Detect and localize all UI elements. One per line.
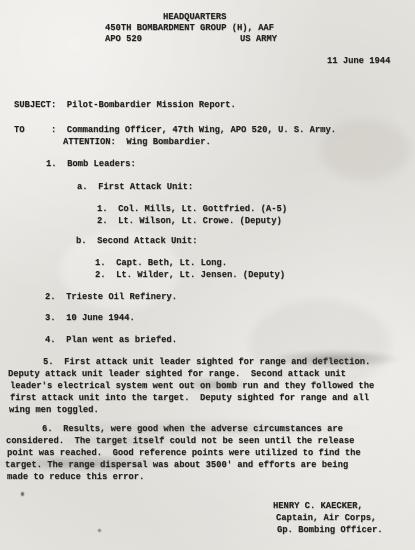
para-4-line: 4. Plan went as briefed. xyxy=(45,335,177,345)
para-6-line-3: point was reached. Good reference points… xyxy=(7,448,361,458)
para-2-line: 2. Trieste Oil Refinery. xyxy=(45,292,177,302)
paper-speck xyxy=(98,529,101,532)
para-1b-heading: b. Second Attack Unit: xyxy=(76,236,197,246)
header-headquarters-line: HEADQUARTERS xyxy=(163,12,226,22)
para-6-line-1: 6. Results, were good when the adverse c… xyxy=(42,424,343,434)
para-5-line-2: Deputy attack unit leader sighted for ra… xyxy=(8,369,346,379)
para-1a-item-1: 1. Col. Mills, Lt. Gottfried. (A-5) xyxy=(97,204,287,214)
para-5-line-4: first attack unit into the target. Deput… xyxy=(10,393,369,403)
header-us-army: US ARMY xyxy=(240,34,277,44)
para-5-line-5: wing men toggled. xyxy=(9,405,99,415)
para-1-heading: 1. Bomb Leaders: xyxy=(46,159,136,169)
para-5-line-3: leader's electrical system went out on b… xyxy=(10,381,374,391)
para-5-line-1: 5. First attack unit leader sighted for … xyxy=(43,357,370,367)
para-6-line-5: made to reduce this error. xyxy=(7,472,144,482)
subject-line: SUBJECT: Pilot-Bombardier Mission Report… xyxy=(14,100,236,110)
to-line: TO : Commanding Officer, 47th Wing, APO … xyxy=(14,125,336,135)
para-1a-heading: a. First Attack Unit: xyxy=(77,182,193,192)
signature-title: Gp. Bombing Officer. xyxy=(277,525,383,535)
signature-rank: Captain, Air Corps, xyxy=(276,513,376,523)
signature-name: HENRY C. KAECKER, xyxy=(273,501,363,511)
para-6-line-4: target. The range dispersal was about 35… xyxy=(5,460,348,470)
paper-speck xyxy=(21,492,24,496)
scanned-document: HEADQUARTERS 450TH BOMBARDMENT GROUP (H)… xyxy=(0,0,415,550)
para-6-line-2: considered. The target itself could not … xyxy=(6,436,354,446)
header-date: 11 June 1944 xyxy=(327,56,390,66)
para-1a-item-2: 2. Lt. Wilson, Lt. Crowe. (Deputy) xyxy=(97,216,282,226)
header-group-line: 450TH BOMBARDMENT GROUP (H), AAF xyxy=(105,23,274,33)
para-1b-item-1: 1. Capt. Beth, Lt. Long. xyxy=(95,258,227,268)
para-1b-item-2: 2. Lt. Wilder, Lt. Jensen. (Deputy) xyxy=(95,270,285,280)
para-3-line: 3. 10 June 1944. xyxy=(45,313,135,323)
header-apo: APO 520 xyxy=(105,34,142,44)
attention-line: ATTENTION: Wing Bombardier. xyxy=(63,137,211,147)
